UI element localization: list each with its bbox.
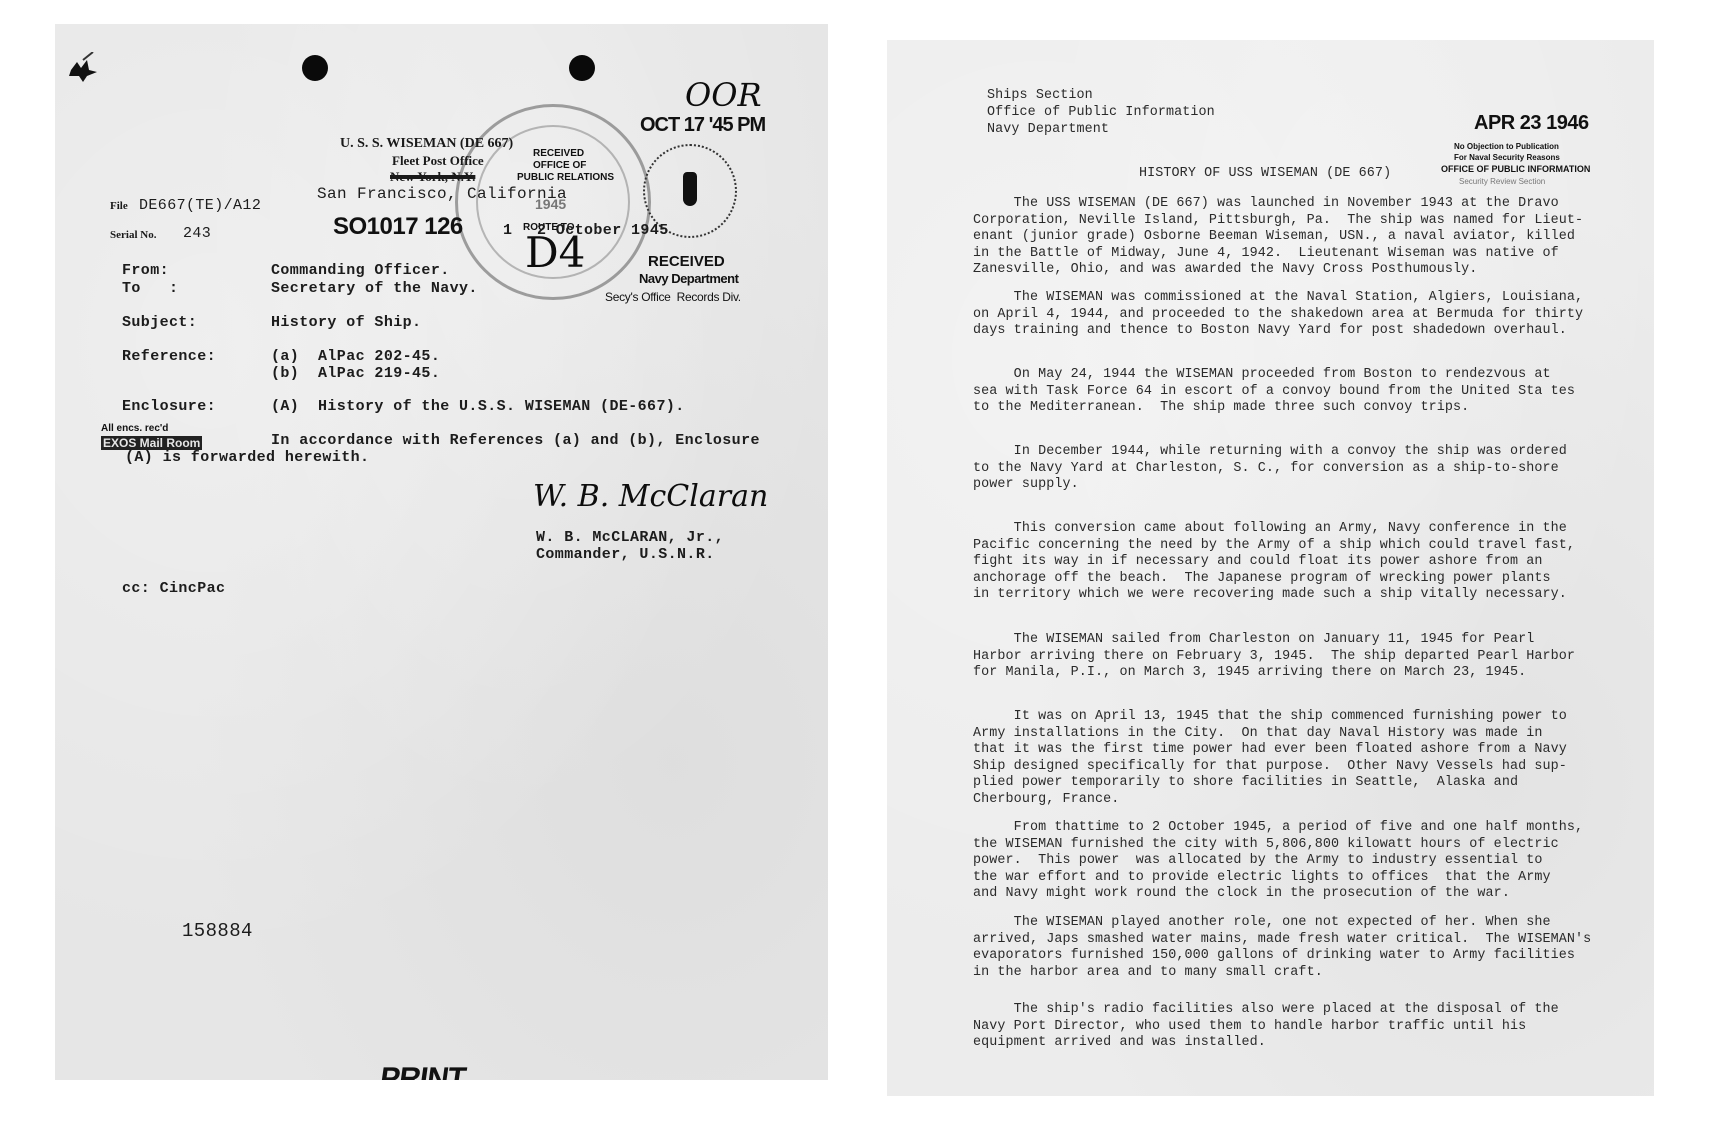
serial-number: 243 [183,225,211,242]
signer-name: W. B. McCLARAN, Jr., [536,529,724,546]
navy-received-line-3: Secy's Office Records Div. [605,290,741,304]
received-stamp-line-3: PUBLIC RELATIONS [517,172,614,183]
paragraph-6: The WISEMAN sailed from Charleston on Ja… [973,632,1633,682]
struck-location: New York, N.Y. [390,169,475,185]
signer-title: Commander, U.S.N.R. [536,546,715,563]
clearance-line-2: For Naval Security Reasons [1454,153,1560,162]
letter-page: OOR OCT 17 '45 PM RECEIVED OFFICE OF PUB… [55,24,828,1080]
clearance-line-3: OFFICE OF PUBLIC INFORMATION [1441,164,1590,174]
signature: W. B. McClaran [533,479,768,514]
field-label-reference: Reference: [122,348,216,365]
file-label: File [110,200,128,212]
body-line-1: In accordance with References (a) and (b… [271,432,760,449]
clearance-line-1: No Objection to Publication [1454,142,1559,151]
city-header: San Francisco, California [317,185,567,203]
paragraph-2: The WISEMAN was commissioned at the Nava… [973,290,1633,340]
navy-received-line-2: Navy Department [639,271,738,286]
paragraph-9: The WISEMAN played another role, one not… [973,915,1633,981]
corner-note: OOR [685,76,762,114]
fpo-header: Fleet Post Office [392,153,484,169]
cc-line: cc: CincPac [122,580,225,597]
paragraph-10: The ship's radio facilities also were pl… [973,1002,1633,1052]
register-suffix: 1 [503,222,512,239]
field-value-subject: History of Ship. [271,314,421,331]
field-value-from: Commanding Officer. [271,262,450,279]
sender-line-3: Navy Department [987,122,1109,139]
field-label-to: To : [122,280,178,297]
field-label-from: From: [122,262,169,279]
received-stamp-line-1: RECEIVED [533,148,584,159]
paragraph-3: On May 24, 1944 the WISEMAN proceeded fr… [973,367,1633,417]
document-number: 158884 [182,920,253,942]
body-line-2: (A) is forwarded herewith. [125,449,369,466]
date-received-stamp: APR 23 1946 [1474,112,1589,135]
punch-hole-right [569,55,595,81]
navy-received-line-1: RECEIVED [648,253,725,270]
ship-header: U. S. S. WISEMAN (DE 667) [340,136,513,152]
paragraph-5: This conversion came about following an … [973,521,1633,604]
received-stamp-line-2: OFFICE OF [533,160,586,171]
paragraph-1: The USS WISEMAN (DE 667) was launched in… [973,196,1633,279]
file-number: DE667(TE)/A12 [139,197,261,214]
sender-line-2: Office of Public Information [987,105,1215,122]
margin-stamp-line-2: EXOS Mail Room [101,436,202,450]
sender-line-1: Ships Section [987,88,1093,105]
clearance-line-4: Security Review Section [1459,177,1545,186]
paragraph-7: It was on April 13, 1945 that the ship c… [973,709,1633,809]
field-value-enclosure: (A) History of the U.S.S. WISEMAN (DE-66… [271,398,685,415]
register-stamp: SO1017 126 [333,213,463,241]
margin-stamp-line-1: All encs. rec'd [101,423,168,434]
document-title: HISTORY OF USS WISEMAN (DE 667) [1139,166,1391,183]
field-label-enclosure: Enclosure: [122,398,216,415]
field-value-to: Secretary of the Navy. [271,280,478,297]
field-value-reference-b: (b) AlPac 219-45. [271,365,440,382]
field-label-subject: Subject: [122,314,197,331]
paragraph-4: In December 1944, while returning with a… [973,444,1633,494]
ink-blot-icon [63,52,103,82]
print-stamp: PRINT [378,1062,468,1080]
history-page: Ships Section Office of Public Informati… [887,40,1654,1096]
received-date-stamp: OCT 17 '45 PM [640,114,765,137]
paragraph-8: From thattime to 2 October 1945, a perio… [973,820,1633,903]
serial-label: Serial No. [110,229,156,241]
letter-date: 2 October 1945 [537,222,669,239]
punch-hole-left [302,55,328,81]
field-value-reference-a: (a) AlPac 202-45. [271,348,440,365]
